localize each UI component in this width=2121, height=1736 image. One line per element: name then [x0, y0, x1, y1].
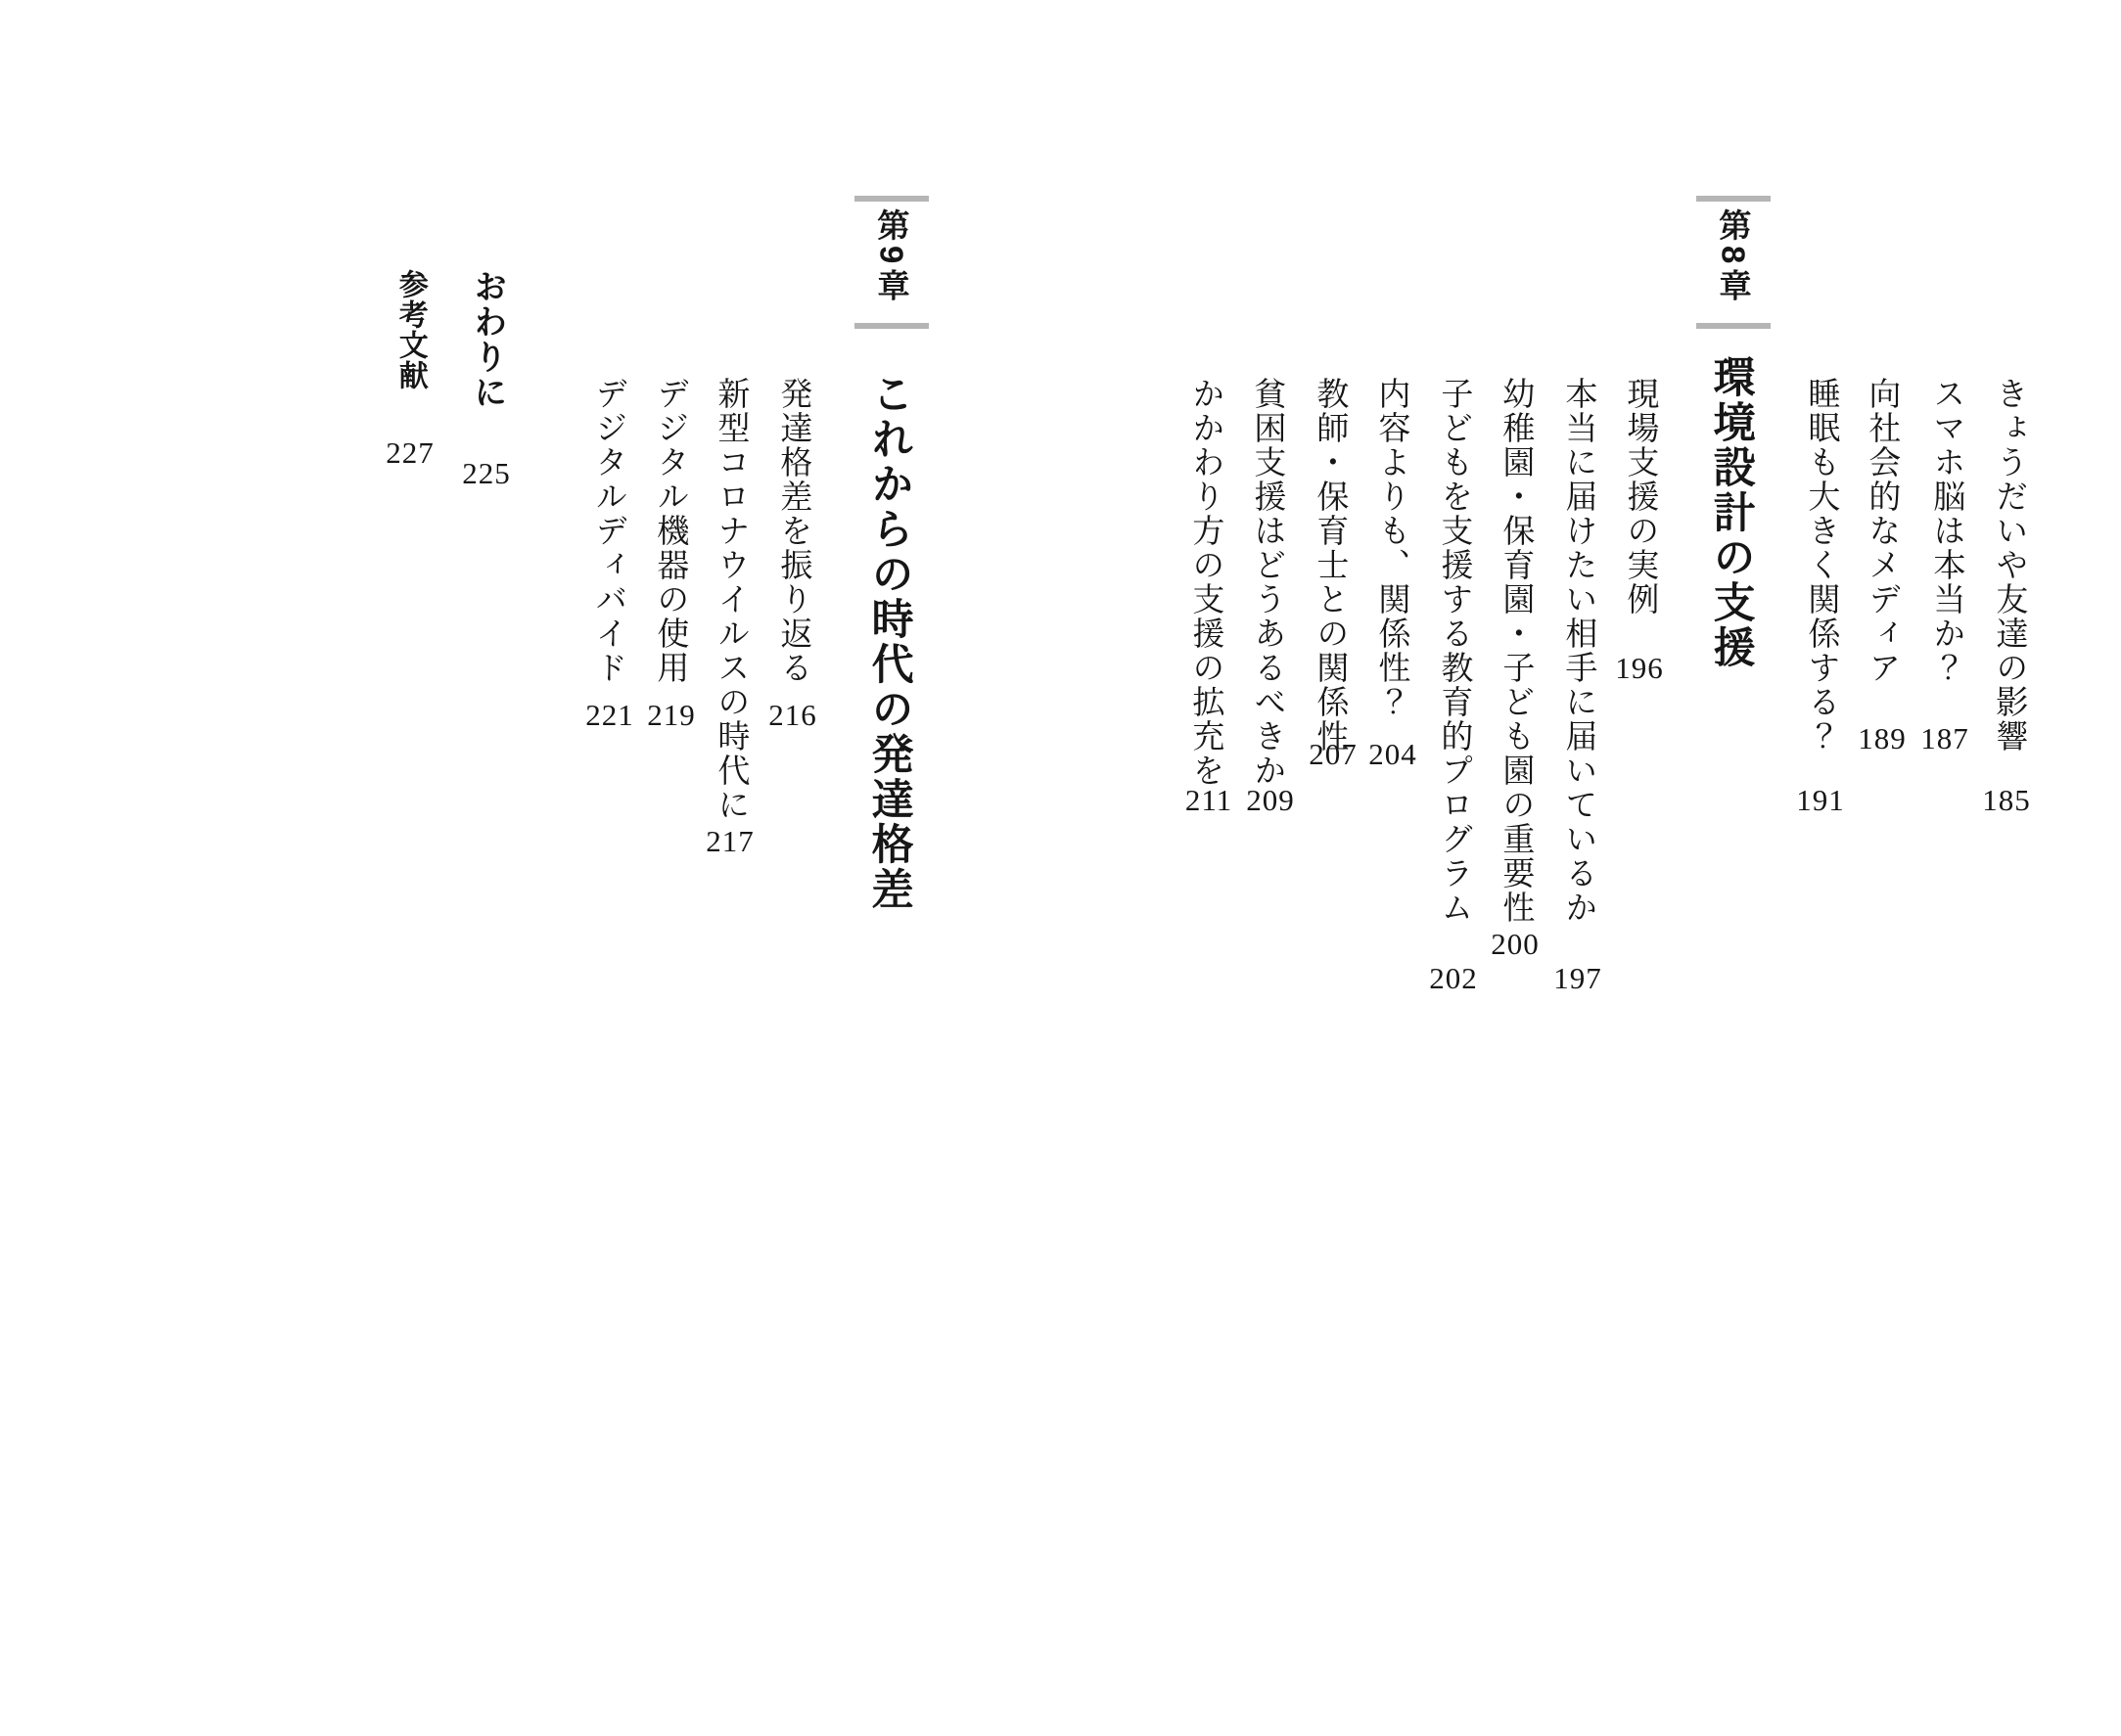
chapter8-rule-bottom: [1696, 323, 1771, 329]
toc-spread: きょうだいや友達の影響 185 スマホ脳は本当か？ 187 向社会的なメディア …: [0, 0, 2121, 1736]
toc-entry-title: デジタルディバイド: [591, 377, 625, 685]
chapter9-title: これからの時代の発達格差: [866, 372, 910, 912]
toc-entry-title: 幼稚園・保育園・子ども園の重要性: [1499, 377, 1533, 925]
toc-entry-title: 参考文献: [394, 269, 426, 390]
toc-entry-page: 191: [1796, 783, 1845, 818]
chapter8-rule-top: [1696, 196, 1771, 202]
toc-entry-page: 185: [1982, 783, 2031, 818]
toc-entry-title: 現場支援の実例: [1623, 377, 1657, 617]
toc-entry-title: 教師・保育士との関係性: [1313, 377, 1347, 754]
toc-entry-page: 211: [1185, 783, 1232, 818]
toc-entry-title: 向社会的なメディア: [1865, 377, 1899, 685]
chapter8-header: 第8章: [1696, 196, 1771, 331]
toc-entry-page: 216: [768, 698, 817, 733]
toc-entry-title: きょうだいや友達の影響: [1992, 377, 2026, 754]
chapter8-label: 第8章: [1718, 208, 1750, 305]
toc-entry-title: 発達格差を振り返る: [776, 377, 810, 685]
toc-entry-page: 197: [1553, 961, 1602, 996]
toc-entry-page: 219: [647, 698, 696, 733]
toc-entry-title: 内容よりも、関係性？: [1374, 377, 1408, 719]
toc-entry-title: 子どもを支援する教育的プログラム: [1437, 377, 1471, 925]
toc-entry-page: 196: [1615, 651, 1664, 686]
toc-entry-title: かかわり方の支援の拡充を: [1188, 377, 1222, 788]
toc-entry-title: 本当に届けたい相手に届いているか: [1561, 377, 1595, 925]
toc-entry-title: スマホ脳は本当か？: [1929, 377, 1963, 685]
toc-entry-page: 227: [386, 435, 435, 471]
chapter9-rule-top: [854, 196, 929, 202]
toc-entry-title: デジタル機器の使用: [653, 377, 687, 685]
toc-entry-title: 新型コロナウイルスの時代に: [714, 377, 748, 822]
toc-entry-page: 217: [706, 824, 755, 859]
toc-entry-page: 202: [1429, 961, 1478, 996]
toc-entry-page: 209: [1246, 783, 1295, 818]
chapter9-label: 第9章: [876, 208, 908, 305]
chapter9-header: 第9章: [854, 196, 929, 331]
toc-entry-page: 207: [1309, 737, 1358, 772]
chapter9-rule-bottom: [854, 323, 929, 329]
toc-entry-page: 187: [1920, 721, 1969, 756]
chapter8-title: 環境設計の支援: [1708, 355, 1752, 670]
toc-entry-title: 睡眠も大きく関係する？: [1804, 377, 1838, 754]
toc-entry-title: おわりに: [469, 269, 504, 410]
toc-entry-page: 200: [1491, 927, 1540, 962]
toc-entry-page: 204: [1368, 737, 1417, 772]
toc-entry-page: 225: [462, 456, 511, 491]
toc-entry-title: 貧困支援はどうあるべきか: [1250, 377, 1284, 788]
toc-entry-page: 189: [1858, 721, 1907, 756]
toc-entry-page: 221: [585, 698, 634, 733]
